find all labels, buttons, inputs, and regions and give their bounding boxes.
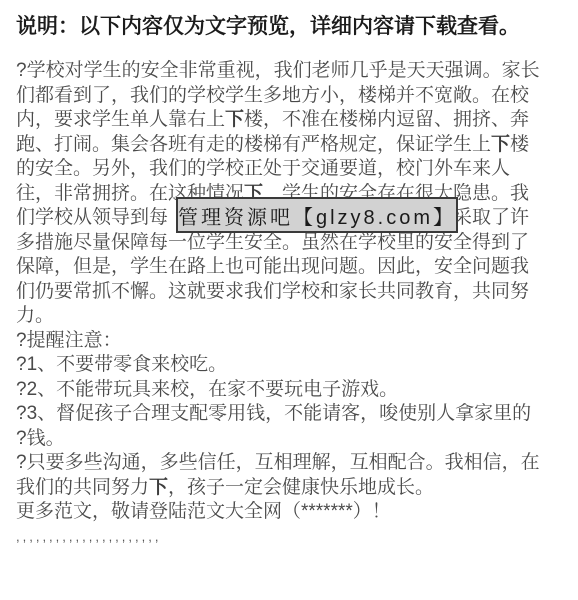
trailing-dots: ,,,,,,,,,,,,,,,,,,,,,, [16, 525, 566, 550]
document-preview-page: 说明：以下内容仅为文字预览，详细内容请下载查看。 ?学校对学生的安全非常重视，我… [0, 0, 578, 600]
reminder-item-2: ?2、不能带玩具来校，在家不要玩电子游戏。 [16, 378, 566, 403]
paragraph-closing: ?只要多些沟通，多些信任，互相理解，互相配合。我相信，在 我们的共同努力下，孩子… [16, 451, 566, 500]
watermark-text: 管理资源吧【glzy8.com】 [178, 201, 456, 230]
watermark-badge: 管理资源吧【glzy8.com】 [176, 197, 458, 233]
footer-note: 更多范文，敬请登陆范文大全网（*******）！ [16, 500, 566, 525]
document-body: ?学校对学生的安全非常重视，我们老师几乎是天天强调。家长 们都看到了，我们的学校… [16, 59, 566, 549]
reminder-item-3: ?3、督促孩子合理支配零用钱，不能请客，唆使别人拿家里的 ?钱。 [16, 402, 566, 451]
paragraph-main: ?学校对学生的安全非常重视，我们老师几乎是天天强调。家长 们都看到了，我们的学校… [16, 59, 566, 329]
paragraph-reminder-title: ?提醒注意： [16, 329, 566, 354]
notice-heading: 说明：以下内容仅为文字预览，详细内容请下载查看。 [16, 13, 566, 41]
reminder-item-1: ?1、不要带零食来校吃。 [16, 353, 566, 378]
